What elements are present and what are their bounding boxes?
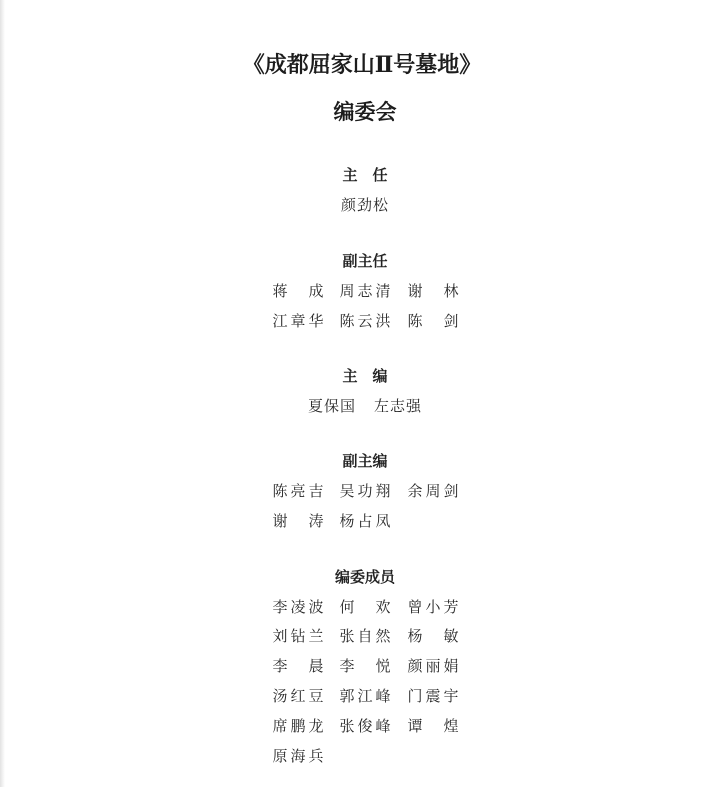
person-name: 陈云洪 (339, 310, 391, 331)
director-heading: 主 任 (0, 164, 720, 185)
person-name: 陈剑 (407, 310, 459, 331)
person-name: 谢林 (407, 280, 459, 301)
person-name: 原海兵 (272, 745, 324, 766)
person-name: 李悦 (339, 655, 391, 676)
person-name: 颜丽娟 (407, 655, 459, 676)
person-name: 刘钻兰 (272, 625, 324, 646)
person-name: 李凌波 (272, 596, 324, 617)
person-name: 杨敏 (407, 625, 459, 646)
person-name: 席鹏龙 (272, 715, 324, 736)
person-name: 门震宇 (407, 685, 459, 706)
person-name: 余周剑 (407, 480, 459, 501)
person-name: 吴功翔 (339, 480, 391, 501)
person-name: 张自然 (339, 625, 391, 646)
person-name: 江章华 (272, 310, 324, 331)
person-name: 周志清 (339, 280, 391, 301)
person-name: 谢涛 (272, 510, 324, 531)
person-name: 汤红豆 (272, 685, 324, 706)
person-name: 谭煌 (407, 715, 459, 736)
book-title: 《成都屈家山Ⅱ号墓地》 (0, 48, 720, 79)
committee-title: 编委会 (0, 96, 720, 126)
person-name: 李晨 (272, 655, 324, 676)
chief-editors-heading: 主 编 (0, 365, 720, 386)
editorial-board-page: 《成都屈家山Ⅱ号墓地》 编委会 主 任 颜劲松 副主任 蒋成周志清谢林 江章华陈… (0, 0, 720, 787)
members-heading: 编委成员 (0, 566, 720, 587)
person-name: 何欢 (339, 596, 391, 617)
chief-editor-name: 左志强 (374, 397, 422, 415)
director-name: 颜劲松 (0, 194, 720, 215)
chief-editor-name: 夏保国 (308, 397, 356, 415)
person-name: 曾小芳 (407, 596, 459, 617)
person-name: 张俊峰 (339, 715, 391, 736)
person-name: 郭江峰 (339, 685, 391, 706)
deputy-chief-editors-heading: 副主编 (0, 450, 720, 471)
person-name: 陈亮吉 (272, 480, 324, 501)
person-name: 杨占凤 (339, 510, 391, 531)
chief-editors-names: 夏保国左志强 (0, 395, 720, 416)
person-name: 蒋成 (272, 280, 324, 301)
deputy-directors-heading: 副主任 (0, 250, 720, 271)
